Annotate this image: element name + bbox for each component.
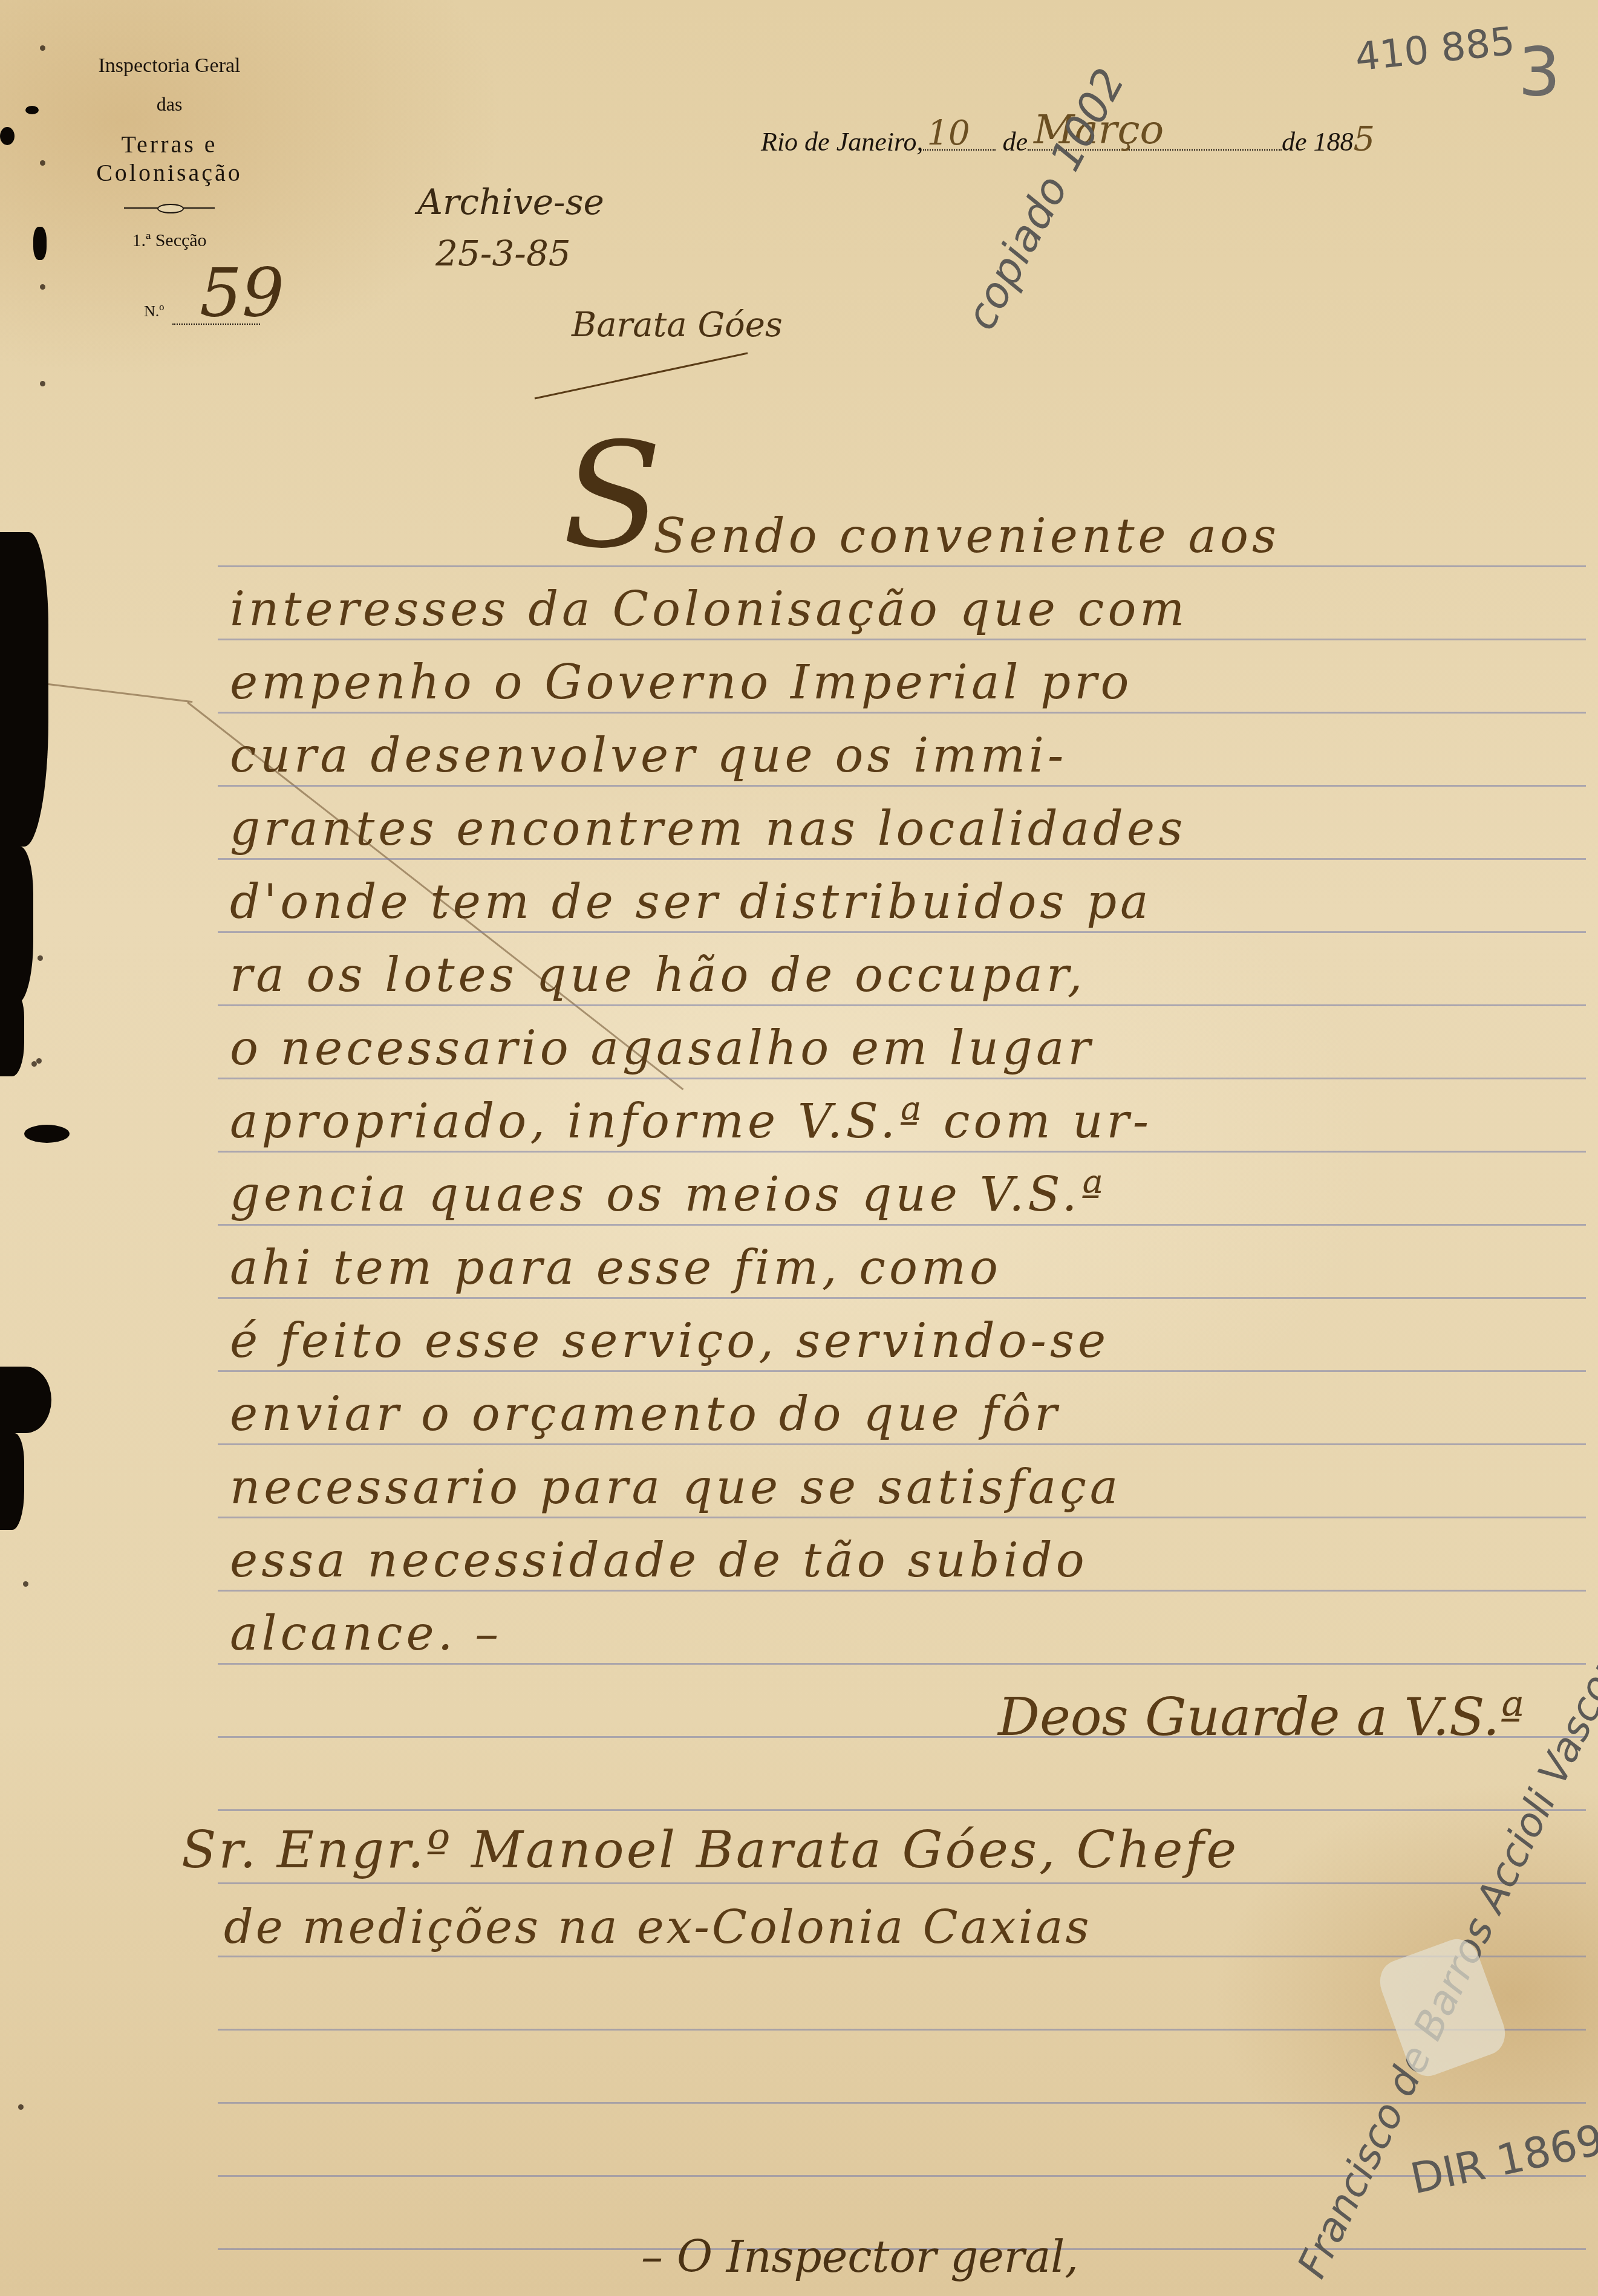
ruled-line xyxy=(218,1297,1586,1299)
ruled-line xyxy=(218,1078,1586,1079)
number-label: N.º xyxy=(144,302,164,320)
body-line-14: necessario para que se satisfaça xyxy=(230,1460,1121,1515)
ruled-line xyxy=(218,1004,1586,1006)
punch-hole xyxy=(40,45,45,51)
body-line-2: interesses da Colonisação que com xyxy=(230,582,1188,637)
punch-hole xyxy=(38,955,43,961)
body-line-1: Sendo conveniente aos xyxy=(653,509,1280,564)
date-place: Rio de Janeiro, xyxy=(761,127,923,157)
letterhead-title: Inspectoria Geral xyxy=(67,54,272,77)
body-line-10: gencia quaes os meios que V.S.ª xyxy=(230,1168,1107,1222)
date-year-printed: 188 xyxy=(1313,127,1353,157)
burn-damage-1 xyxy=(0,532,48,847)
dispatch-date: 25-3-85 xyxy=(435,233,571,274)
burn-damage-5 xyxy=(0,1367,51,1433)
burn-damage-6 xyxy=(0,1433,24,1530)
ruled-line xyxy=(218,1882,1586,1884)
ruled-line xyxy=(218,2029,1586,2031)
body-line-5: grantes encontrem nas localidades xyxy=(230,802,1186,856)
body-line-8: o necessario agasalho em lugar xyxy=(230,1021,1094,1076)
burn-damage-2 xyxy=(0,847,33,1004)
punch-hole xyxy=(31,1061,37,1067)
burn-damage-9 xyxy=(0,127,15,145)
body-line-6: d'onde tem de ser distribuidos pa xyxy=(230,875,1152,929)
ruled-line xyxy=(218,1443,1586,1445)
body-line-7: ra os lotes que hão de occupar, xyxy=(230,948,1086,1003)
punch-hole xyxy=(40,381,45,386)
letterhead: Inspectoria Geral das Terras e Colonisaç… xyxy=(67,54,272,251)
body-line-3: empenho o Governo Imperial pro xyxy=(230,655,1132,710)
burn-damage-4 xyxy=(24,1125,70,1143)
date-day: 10 xyxy=(927,114,970,153)
letterhead-das: das xyxy=(67,93,272,115)
ruled-line xyxy=(218,639,1586,640)
date-de1: de xyxy=(1002,127,1028,157)
ruled-line xyxy=(218,785,1586,787)
ruled-line xyxy=(218,1809,1586,1811)
date-year-hand: 5 xyxy=(1353,120,1375,159)
ruled-line xyxy=(218,858,1586,860)
ruled-line xyxy=(218,565,1586,567)
ruled-line xyxy=(218,1517,1586,1518)
punch-hole xyxy=(40,160,45,166)
punch-hole xyxy=(23,1581,28,1587)
ornament-flourish xyxy=(124,204,215,212)
addressee-line-2: de medições na ex-Colonia Caxias xyxy=(224,1900,1091,1954)
ruled-line xyxy=(218,931,1586,933)
body-line-16: alcance. – xyxy=(230,1607,502,1661)
inspector-title: – O Inspector geral, xyxy=(641,2231,1078,2282)
ruled-line xyxy=(218,1663,1586,1665)
dispatch-signature: Barata Góes xyxy=(572,305,783,345)
body-initial: S xyxy=(563,411,662,581)
addressee-line-1: Sr. Engr.º Manoel Barata Góes, Chefe xyxy=(181,1820,1239,1879)
body-line-9: apropriado, informe V.S.ª com ur- xyxy=(230,1094,1152,1149)
punch-hole xyxy=(36,1058,42,1064)
ruled-line xyxy=(218,1370,1586,1372)
body-line-13: enviar o orçamento do que fôr xyxy=(230,1387,1061,1442)
body-line-15: essa necessidade de tão subido xyxy=(230,1533,1088,1588)
punch-hole xyxy=(18,2104,24,2110)
body-line-4: cura desenvolver que os immi- xyxy=(230,729,1067,783)
body-line-12: é feito esse serviço, servindo-se xyxy=(230,1314,1109,1368)
folio-number: 3 xyxy=(1518,33,1560,111)
ruled-line xyxy=(218,712,1586,714)
burn-damage-8 xyxy=(25,106,39,114)
number-value: 59 xyxy=(200,254,284,331)
punch-hole xyxy=(40,284,45,290)
ruled-line xyxy=(218,1956,1586,1957)
letterhead-section: 1.ª Secção xyxy=(67,230,272,251)
date-de2: de xyxy=(1282,127,1307,157)
burn-damage-3 xyxy=(0,992,24,1076)
ruled-line xyxy=(218,1224,1586,1226)
closing-formula: Deos Guarde a V.S.ª xyxy=(998,1687,1524,1748)
burn-damage-7 xyxy=(33,227,47,260)
ruled-line xyxy=(218,1590,1586,1592)
letterhead-department: Terras e Colonisação xyxy=(67,130,272,187)
body-line-11: ahi tem para esse fim, como xyxy=(230,1241,1002,1295)
dispatch-archive: Archive-se xyxy=(417,181,604,223)
ruled-line xyxy=(218,1151,1586,1153)
